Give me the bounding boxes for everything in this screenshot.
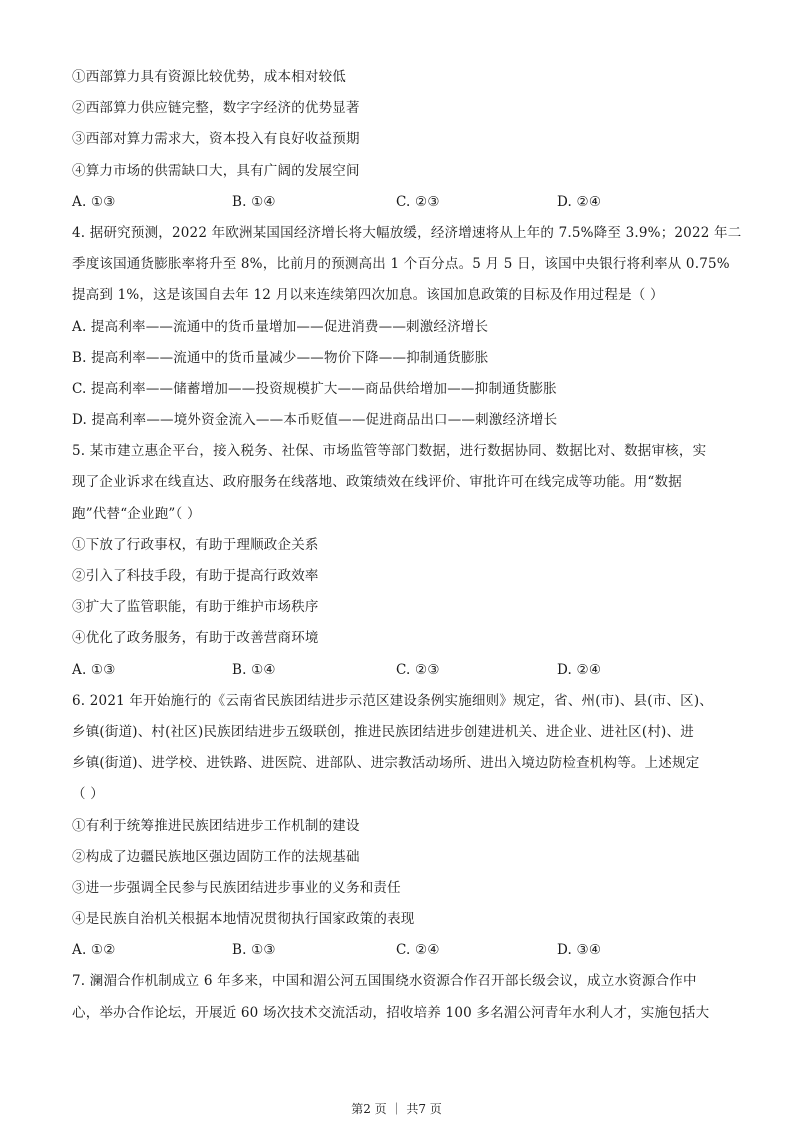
option-c: C. ②③ — [396, 655, 440, 686]
question-6: 6. 2021 年开始施行的《云南省民族团结进步示范区建设条例实施细则》规定，省… — [72, 686, 722, 967]
question-5-options: A. ①③ B. ①④ C. ②③ D. ②④ — [72, 655, 722, 686]
option-a: A. ①② — [72, 935, 116, 966]
question-7: 7. 澜湄合作机制成立 6 年多来，中国和湄公河五国围绕水资源合作召开部长级会议… — [72, 966, 722, 1028]
statement: ②构成了边疆民族地区强边固防工作的法规基础 — [72, 842, 722, 873]
option-b: B. 提高利率——流通中的货币量减少——物价下降——抑制通货膨胀 — [72, 343, 722, 374]
question-stem-line: 乡镇(街道)、进学校、进铁路、进医院、进部队、进宗教活动场所、进出入境边防检查机… — [72, 748, 722, 779]
option-d: D. 提高利率——境外资金流入——本币贬值——促进商品出口——刺激经济增长 — [72, 405, 722, 436]
question-3-options: A. ①③ B. ①④ C. ②③ D. ②④ — [72, 187, 722, 218]
option-a: A. ①③ — [72, 655, 116, 686]
question-stem-line: （ ） — [72, 779, 722, 810]
statement: ②西部算力供应链完整，数字字经济的优势显著 — [72, 93, 722, 124]
question-6-options: A. ①② B. ①③ C. ②④ D. ③④ — [72, 935, 722, 966]
statement: ①下放了行政事权，有助于理顺政企关系 — [72, 530, 722, 561]
question-stem-line: 5. 某市建立惠企平台，接入税务、社保、市场监管等部门数据，进行数据协同、数据比… — [72, 436, 722, 467]
option-c: C. 提高利率——储蓄增加——投资规模扩大——商品供给增加——抑制通货膨胀 — [72, 374, 722, 405]
statement: ③进一步强调全民参与民族团结进步事业的义务和责任 — [72, 873, 722, 904]
statement: ③西部对算力需求大，资本投入有良好收益预期 — [72, 124, 722, 155]
option-b: B. ①③ — [232, 935, 276, 966]
question-stem-line: 6. 2021 年开始施行的《云南省民族团结进步示范区建设条例实施细则》规定，省… — [72, 686, 722, 717]
question-5: 5. 某市建立惠企平台，接入税务、社保、市场监管等部门数据，进行数据协同、数据比… — [72, 436, 722, 686]
question-stem-line: 跑”代替“企业跑”（ ） — [72, 499, 722, 530]
statement: ④是民族自治机关根据本地情况贯彻执行国家政策的表现 — [72, 904, 722, 935]
question-stem-line: 乡镇(街道)、村(社区)民族团结进步五级联创，推进民族团结进步创建进机关、进企业… — [72, 717, 722, 748]
page-number: 第2 页 ｜ 共7 页 — [351, 1102, 442, 1116]
statement: ①有利于统筹推进民族团结进步工作机制的建设 — [72, 811, 722, 842]
question-4: 4. 据研究预测，2022 年欧洲某国国经济增长将大幅放缓，经济增速将从上年的 … — [72, 218, 722, 436]
option-d: D. ②④ — [557, 187, 601, 218]
page-footer: 第2 页 ｜ 共7 页 — [0, 1100, 793, 1117]
exam-page-content: ①西部算力具有资源比较优势，成本相对较低 ②西部算力供应链完整，数字字经济的优势… — [72, 62, 722, 1029]
option-d: D. ③④ — [557, 935, 601, 966]
option-a: A. 提高利率——流通中的货币量增加——促进消费——刺激经济增长 — [72, 312, 722, 343]
question-3-statements: ①西部算力具有资源比较优势，成本相对较低 ②西部算力供应链完整，数字字经济的优势… — [72, 62, 722, 187]
statement: ②引入了科技手段，有助于提高行政效率 — [72, 561, 722, 592]
option-c: C. ②④ — [396, 935, 440, 966]
option-a: A. ①③ — [72, 187, 116, 218]
question-stem-line: 心，举办合作论坛，开展近 60 场次技术交流活动，招收培养 100 多名湄公河青… — [72, 998, 722, 1029]
question-stem-line: 4. 据研究预测，2022 年欧洲某国国经济增长将大幅放缓，经济增速将从上年的 … — [72, 218, 722, 249]
option-c: C. ②③ — [396, 187, 440, 218]
question-stem-line: 现了企业诉求在线直达、政府服务在线落地、政策绩效在线评价、审批许可在线完成等功能… — [72, 467, 722, 498]
option-b: B. ①④ — [232, 655, 276, 686]
statement: ①西部算力具有资源比较优势，成本相对较低 — [72, 62, 722, 93]
question-stem-line: 提高到 1%，这是该国自去年 12 月以来连续第四次加息。该国加息政策的目标及作… — [72, 280, 722, 311]
statement: ③扩大了监管职能，有助于维护市场秩序 — [72, 592, 722, 623]
option-d: D. ②④ — [557, 655, 601, 686]
question-stem-line: 季度该国通货膨胀率将升至 8%，比前月的预测高出 1 个百分点。5 月 5 日，… — [72, 249, 722, 280]
question-stem-line: 7. 澜湄合作机制成立 6 年多来，中国和湄公河五国围绕水资源合作召开部长级会议… — [72, 966, 722, 997]
option-b: B. ①④ — [232, 187, 276, 218]
statement: ④算力市场的供需缺口大，具有广阔的发展空间 — [72, 156, 722, 187]
statement: ④优化了政务服务，有助于改善营商环境 — [72, 623, 722, 654]
